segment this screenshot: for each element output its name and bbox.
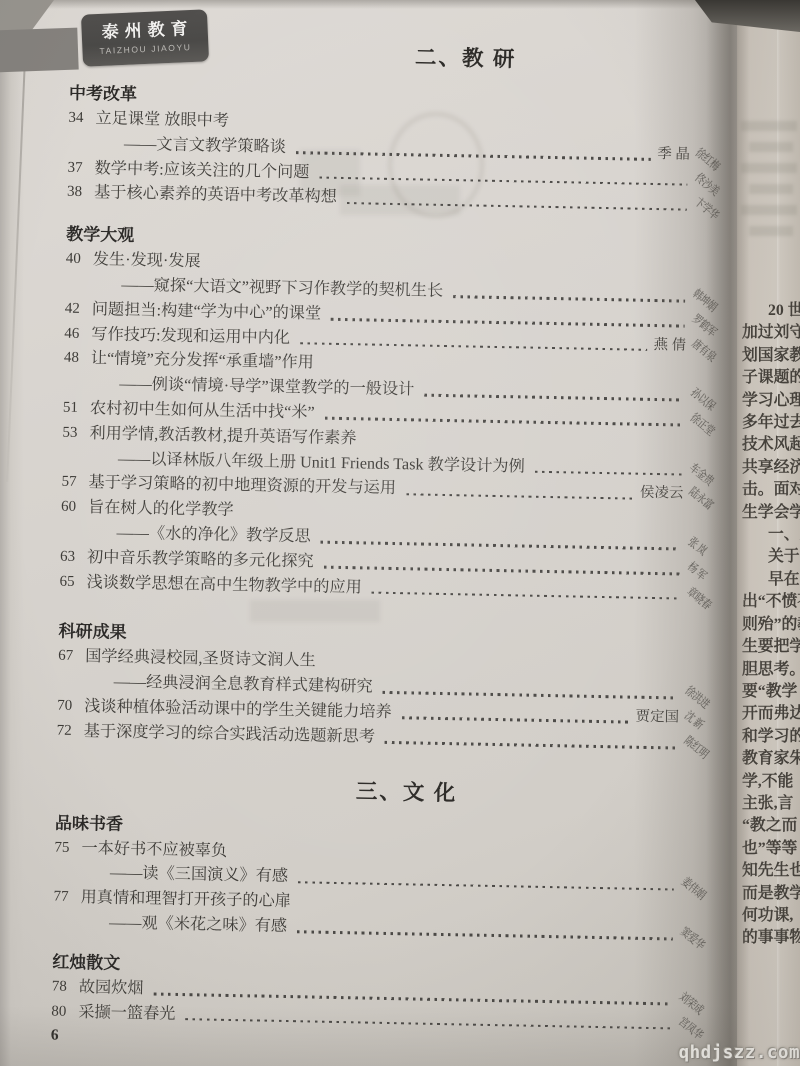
entry-title: 基于深度学习的综合实践活动选题新思考 bbox=[83, 719, 375, 749]
next-page-text-line: 教育家朱 bbox=[742, 748, 800, 770]
next-page-text-line: 胆思考。 bbox=[742, 659, 800, 681]
entry-author: 季 晶 bbox=[657, 142, 690, 167]
next-page-text-line: 多年过去 bbox=[742, 412, 800, 434]
next-page-text-line: 关于 bbox=[742, 546, 800, 568]
dot-leader bbox=[185, 1018, 671, 1030]
entry-page-number: 72 bbox=[56, 718, 83, 743]
page-number: 6 bbox=[51, 1026, 693, 1058]
dot-leader bbox=[319, 176, 687, 186]
entry-title: 一本好书不应被辜负 bbox=[81, 836, 227, 864]
entry-page-number: 65 bbox=[59, 569, 86, 594]
dot-leader bbox=[300, 342, 648, 351]
dot-leader bbox=[372, 591, 680, 600]
watermark: qhdjszz.com bbox=[679, 1043, 800, 1063]
entry-page-number: 42 bbox=[65, 296, 92, 321]
dot-leader bbox=[383, 691, 678, 699]
entry-author-curved: 窦爱华 bbox=[674, 921, 701, 950]
toc-page: 泰州教育 TAIZHOU JIAOYU 二、教 研中考改革34立足课堂 放眼中考… bbox=[0, 0, 737, 1066]
next-page-text-line: 共享经济 bbox=[742, 457, 800, 479]
entry-page-number: 78 bbox=[52, 974, 79, 999]
next-page-text-line: 早在 bbox=[742, 569, 800, 591]
entry-page-number: 67 bbox=[58, 644, 85, 669]
dot-leader bbox=[297, 930, 673, 940]
dot-leader bbox=[324, 566, 680, 575]
entry-author-curved: 刘荣成 bbox=[672, 986, 699, 1015]
entry-title: 采撷一篮春光 bbox=[78, 1000, 176, 1027]
entry-author-curved: 姜伟娟 bbox=[675, 871, 702, 900]
entry-page-number: 38 bbox=[67, 180, 94, 205]
entry-author-curved: 宫凤华 bbox=[672, 1010, 699, 1039]
next-page-text-line: 的事事物 bbox=[742, 927, 800, 949]
dot-leader bbox=[347, 202, 687, 211]
dot-leader bbox=[385, 741, 677, 749]
next-page-text-line: 划国家教 bbox=[742, 345, 800, 367]
entry-author: 侯凌云 bbox=[640, 481, 684, 507]
entry-title: 旨在树人的化学教学 bbox=[88, 495, 234, 523]
entry-author-curved: 杨 军 bbox=[681, 556, 708, 585]
entry-page-number: 46 bbox=[64, 321, 91, 346]
entry-title: 立足课堂 放眼中考 bbox=[95, 106, 229, 133]
entry-author-curved: 孙以保 bbox=[684, 382, 711, 411]
next-page-text-line: 出“不愤不 bbox=[742, 591, 800, 613]
entry-subtitle: ——文言文教学策略谈 bbox=[124, 132, 286, 160]
next-page-text-line: 生要把学 bbox=[742, 636, 800, 658]
entry-author-curved: 徐红梅 bbox=[689, 142, 716, 171]
dot-leader bbox=[325, 417, 683, 426]
page-edge-bar bbox=[0, 28, 79, 73]
entry-author-curved: 陈红明 bbox=[677, 730, 704, 759]
next-page-text-line: 开而弗达 bbox=[742, 703, 800, 725]
next-page-text-line: 加过刘守 bbox=[742, 322, 800, 344]
next-page-text-line: 则殆”的教 bbox=[742, 614, 800, 636]
table-of-contents: 二、教 研中考改革34立足课堂 放眼中考——文言文教学策略谈季 晶徐红梅37数学… bbox=[51, 34, 712, 1058]
dot-leader bbox=[535, 470, 682, 475]
dot-leader bbox=[331, 318, 685, 327]
show-through-text bbox=[741, 110, 797, 247]
dot-leader bbox=[453, 295, 685, 302]
next-page-fragment: 20 世加过刘守划国家教子课题的学习心理多年过去技术风起共享经济击。面对生学会学… bbox=[737, 0, 800, 1066]
entry-author: 燕 倩 bbox=[653, 333, 686, 358]
entry-page-number: 70 bbox=[57, 694, 84, 719]
entry-page-number: 48 bbox=[64, 346, 91, 371]
entry-page-number: 80 bbox=[51, 999, 78, 1024]
entry-page-number: 53 bbox=[62, 420, 89, 445]
entry-page-number: 77 bbox=[53, 885, 80, 910]
dot-leader bbox=[402, 716, 630, 723]
dot-leader bbox=[406, 493, 634, 500]
next-page-text-line: 20 世 bbox=[742, 300, 800, 322]
dot-leader bbox=[321, 541, 681, 550]
dot-leader bbox=[298, 881, 674, 891]
next-page-text-line: 学,不能 bbox=[742, 771, 800, 793]
next-page-text-line: 而是教学 bbox=[742, 883, 800, 905]
entry-page-number: 75 bbox=[54, 835, 81, 860]
next-page-text-line: 子课题的 bbox=[742, 367, 800, 389]
section-title: 二、教 研 bbox=[69, 34, 712, 80]
entry-page-number: 63 bbox=[60, 544, 87, 569]
next-page-text-line: 也”等等 bbox=[742, 838, 800, 860]
entry-page-number: 37 bbox=[67, 155, 94, 180]
entry-author: 贾定国 bbox=[635, 705, 679, 731]
entry-author-curved: 章晓春 bbox=[680, 581, 707, 610]
next-page-text-column: 20 世加过刘守划国家教子课题的学习心理多年过去技术风起共享经济击。面对生学会学… bbox=[742, 300, 800, 950]
entry-author-curved: 张 岚 bbox=[681, 531, 708, 560]
next-page-text-line: 一、道 bbox=[742, 524, 800, 546]
entry-title: 故园炊烟 bbox=[79, 975, 144, 1001]
entry-page-number: 40 bbox=[66, 247, 93, 272]
entry-page-number: 57 bbox=[61, 470, 88, 495]
entry-author-curved: 韩坤娟 bbox=[686, 283, 713, 312]
entry-title: 浅谈数学思想在高中生物教学中的应用 bbox=[86, 570, 362, 600]
entry-page-number: 51 bbox=[63, 396, 90, 421]
entry-subtitle: ——观《米花之味》有感 bbox=[109, 911, 288, 939]
entry-subtitle: ——《水的净化》教学反思 bbox=[116, 521, 311, 550]
next-page-text-line: 和学习的 bbox=[742, 726, 800, 748]
dot-leader bbox=[424, 394, 683, 402]
next-page-text-line: 要“教学 bbox=[742, 681, 800, 703]
next-page-text-line: 何功课, bbox=[742, 905, 800, 927]
entry-subtitle: ——读《三国演义》有感 bbox=[110, 861, 289, 889]
next-page-text-line: 学习心理 bbox=[742, 390, 800, 412]
next-page-text-line: 知先生也 bbox=[742, 860, 800, 882]
entry-author-curved: 徐洪进 bbox=[678, 680, 705, 709]
entry-page-number: 60 bbox=[61, 495, 88, 520]
next-page-text-line: 生学会学 bbox=[742, 502, 800, 524]
entry-page-number: 34 bbox=[68, 106, 95, 131]
next-page-text-line: 主张,言 bbox=[742, 793, 800, 815]
next-page-text-line: 击。面对 bbox=[742, 479, 800, 501]
next-page-text-line: “教之而 bbox=[742, 815, 800, 837]
entry-title: 写作技巧:发现和运用中内化 bbox=[91, 322, 290, 351]
entry-title: 发生·发现·发展 bbox=[93, 247, 201, 274]
next-page-text-line: 技术风起 bbox=[742, 434, 800, 456]
entry-title: 基于核心素养的英语中考改革构想 bbox=[94, 181, 337, 210]
section-title: 三、文 化 bbox=[55, 767, 698, 815]
dot-leader bbox=[296, 151, 651, 160]
